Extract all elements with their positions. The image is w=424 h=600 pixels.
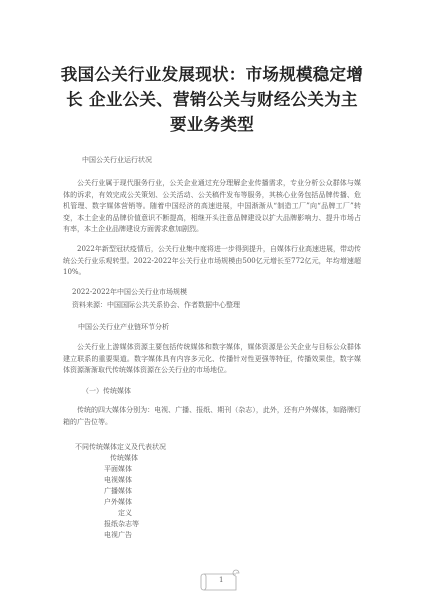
document-title: 我国公关行业发展现状：市场规模稳定增长 企业公关、营销公关与财经公关为主要业务类… [60,62,364,137]
table-cell: 电视广告 [104,530,132,542]
paragraph-industry-intro: 公关行业属于现代服务行业，公关企业通过充分理解企业传播需求，专业分析公众群体与媒… [63,178,361,236]
page-number-scroll-icon: 1 [198,568,244,592]
table-cell: 广播媒体 [104,486,132,498]
section-heading-overview: 中国公关行业运行状况 [82,155,152,167]
table-cell: 电视媒体 [104,475,132,487]
section-heading-chain: 中国公关行业产业链环节分析 [78,322,169,334]
table-cell: 传统媒体 [110,453,138,465]
paragraph-media-resources: 公关行业上游媒体资源主要包括传统媒体和数字媒体，媒体资源是公关企业与目标公众群体… [63,342,361,377]
table-cell: 定义 [118,508,132,520]
page-number: 1 [219,576,223,584]
subsection-heading-traditional: （一）传统媒体 [82,386,131,398]
source-note: 资料来源：中国国际公共关系协会、作者数据中心整理 [72,300,240,312]
table-cell: 平面媒体 [104,464,132,476]
paragraph-market-size: 2022年新型冠状疫情后，公关行业集中度将进一步得到提升，自媒体行业高速进展，带… [63,244,361,279]
table-caption: 不同传统媒体定义及代表状况 [75,442,166,454]
chart-caption: 2022-2022年中国公关行业市场规模 [72,287,187,299]
table-cell: 报纸杂志等 [104,519,139,531]
table-cell: 户外媒体 [104,497,132,509]
paragraph-four-media: 传统的四大媒体分别为：电视、广播、报纸、期刊（杂志），此外，还有户外媒体，如路牌… [63,405,361,428]
